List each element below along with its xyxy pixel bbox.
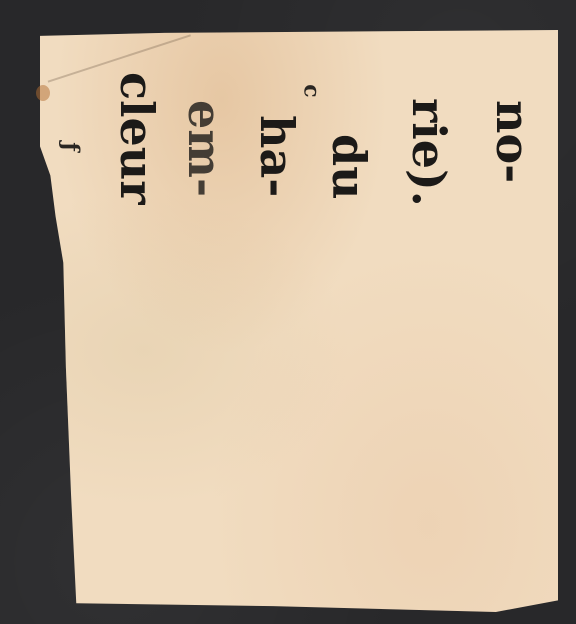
text-column-4: ha-: [254, 115, 300, 197]
text-column-3: du: [326, 134, 372, 200]
text-fragment-1: c: [299, 84, 325, 97]
text-column-5: em-: [182, 100, 228, 197]
text-column-6: cleur: [114, 72, 160, 204]
text-column-2: rie).: [406, 98, 452, 207]
rust-stain: [36, 85, 50, 101]
text-column-1: no-: [490, 100, 536, 183]
text-fragment-2: ƒ: [58, 142, 84, 151]
